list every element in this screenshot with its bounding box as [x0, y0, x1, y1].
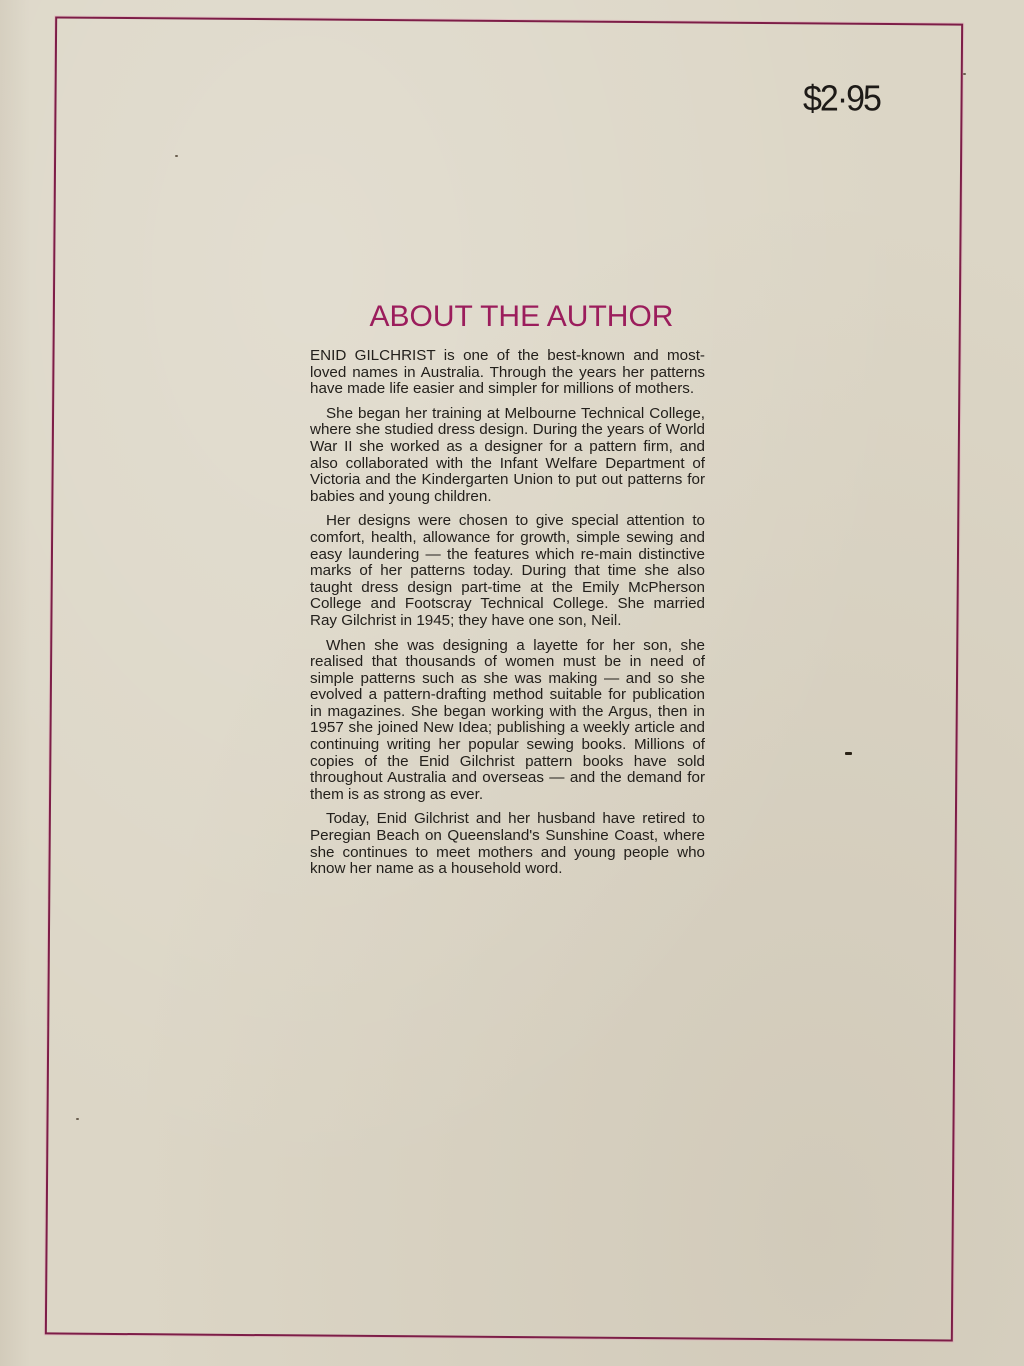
paper-speck: [76, 1118, 79, 1120]
paper-speck: [175, 155, 178, 157]
section-heading: ABOUT THE AUTHOR: [338, 300, 705, 334]
paragraph-designs: Her designs were chosen to give special …: [310, 513, 705, 629]
paragraph-training: She began her training at Melbourne Tech…: [310, 406, 705, 506]
about-author-section: ABOUT THE AUTHOR ENID GILCHRIST is one o…: [310, 300, 705, 886]
paper-speck: [845, 752, 852, 755]
paragraph-layette: When she was designing a layette for her…: [310, 638, 705, 804]
paragraph-retirement: Today, Enid Gilchrist and her husband ha…: [310, 811, 705, 877]
price-label: $2·95: [803, 79, 880, 120]
paragraph-intro: ENID GILCHRIST is one of the best-known …: [310, 348, 705, 398]
paper-speck: [963, 73, 966, 75]
